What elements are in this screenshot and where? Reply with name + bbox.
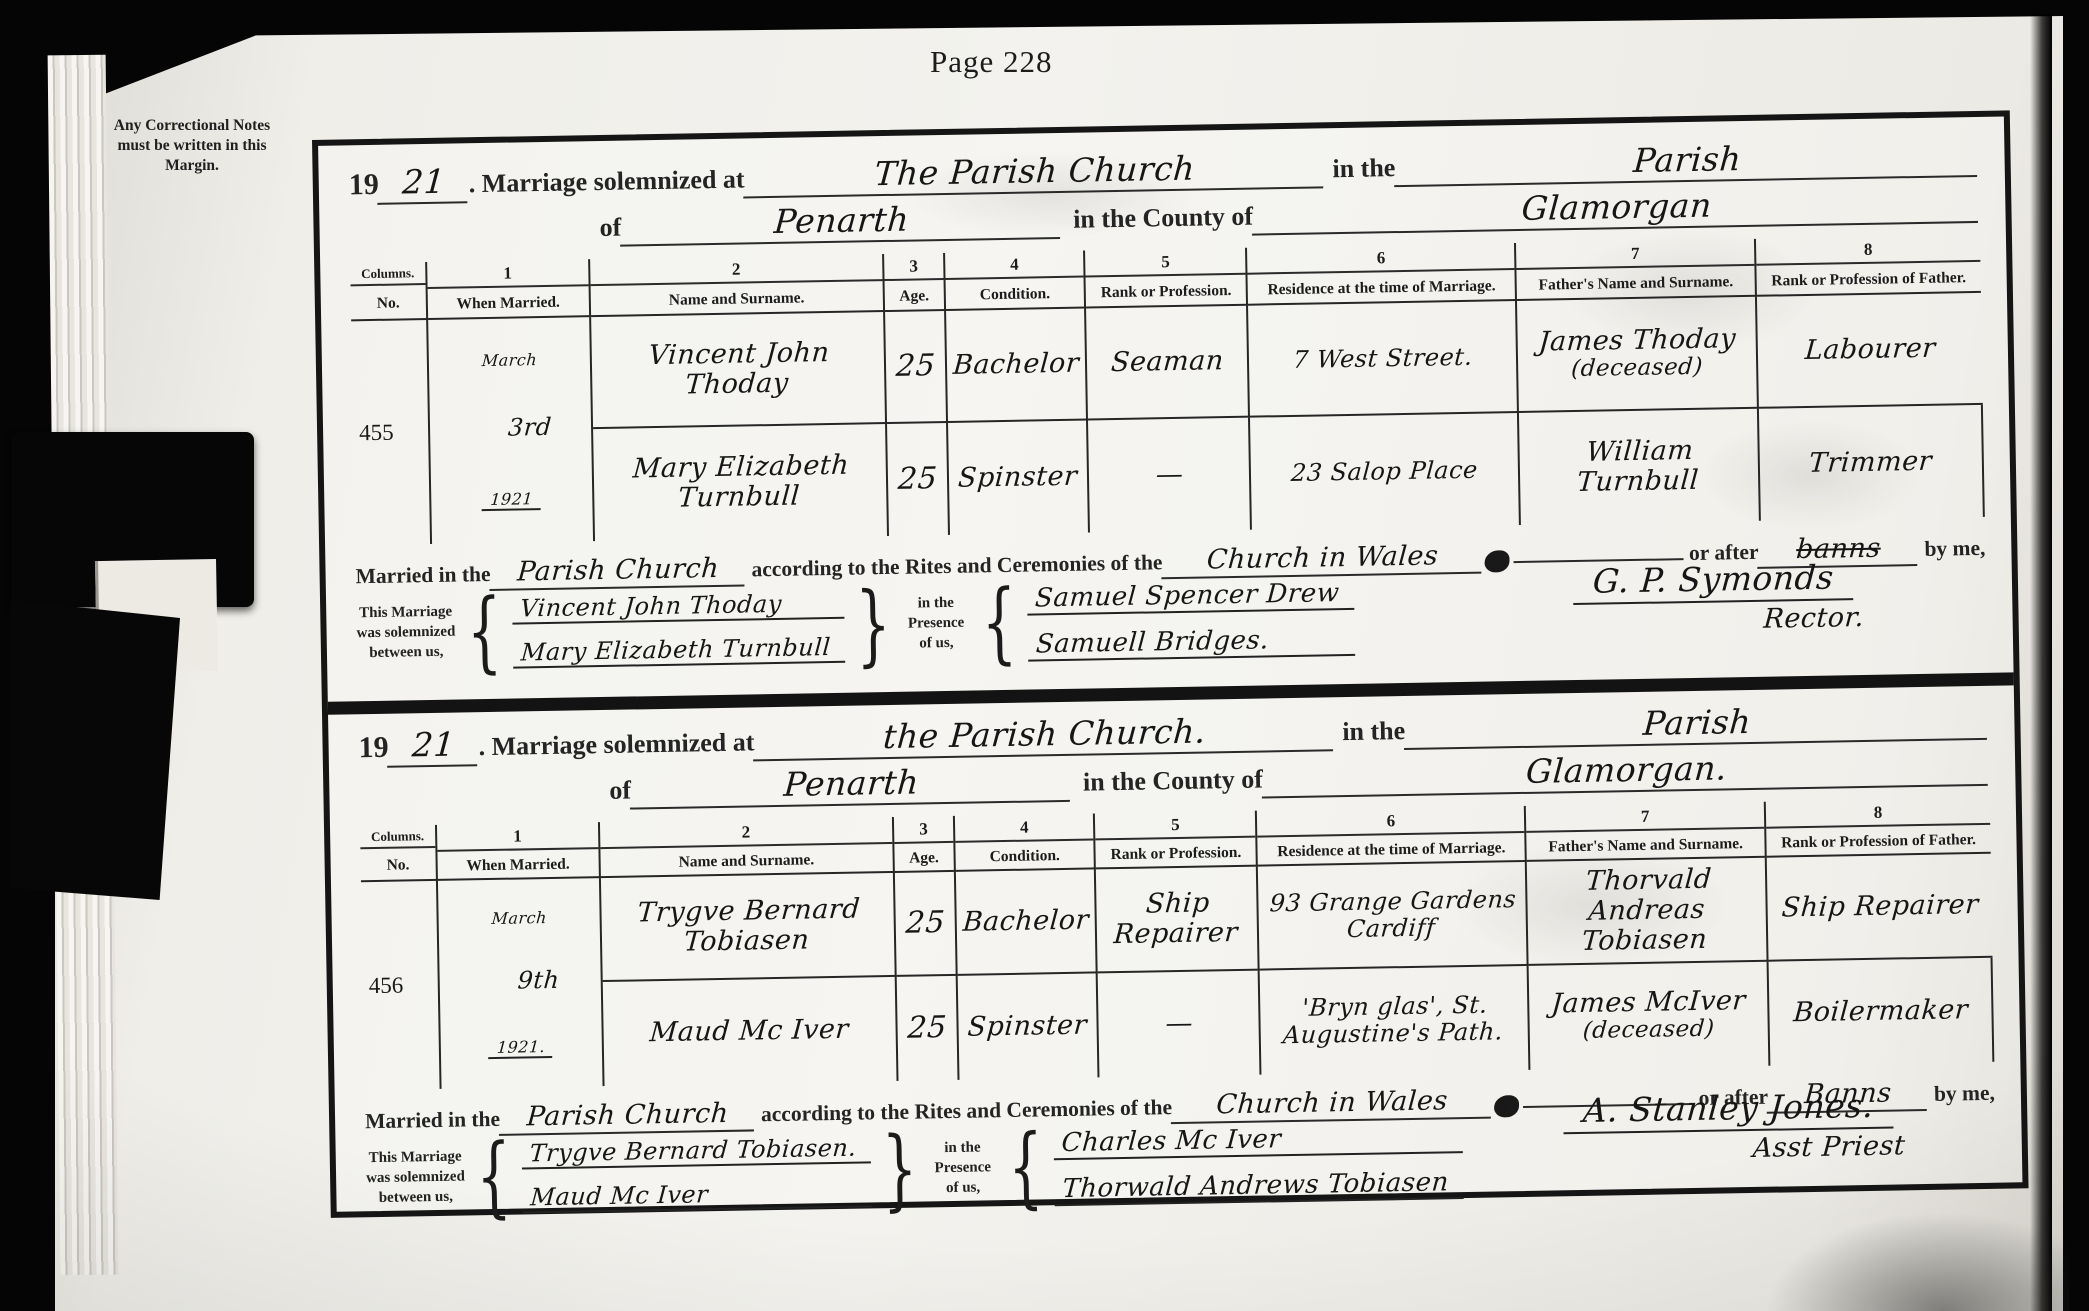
groom-signature: Vincent John Thoday: [512, 589, 844, 625]
column-header-father-name: 7 Father's Name and Surname.: [1516, 239, 1757, 301]
corner-shadow: [1649, 1171, 2069, 1311]
rites-field: Church in Wales: [1161, 540, 1483, 580]
bride-father-rank-cell: Trimmer: [1759, 405, 1985, 521]
in-the-label: in the: [1342, 716, 1405, 747]
marriage-month: March: [491, 908, 548, 928]
brace-close: }: [882, 1134, 918, 1205]
rites-field: Church in Wales: [1171, 1085, 1493, 1125]
column-header-father-rank: 8 Rank or Profession of Father.: [1756, 235, 1981, 297]
officiant-signature: G. P. Symonds: [1572, 557, 1854, 605]
margin-note: Any Correctional Notes must be written i…: [108, 116, 276, 176]
married-in-field: Parish Church: [489, 552, 746, 590]
bride-residence-cell: 23 Salop Place: [1250, 413, 1521, 530]
rites-label: according to the Rites and Ceremonies of…: [761, 1095, 1172, 1127]
page-fold-shadow: [2030, 14, 2052, 1311]
column-header-residence: 6 Residence at the time of Marriage.: [1257, 806, 1527, 867]
marriage-year: 1921.: [488, 1037, 554, 1059]
year-handwritten: 21: [387, 724, 480, 768]
brace-open: {: [1008, 1132, 1044, 1203]
witness-signature: Samuell Bridges.: [1028, 624, 1355, 662]
this-marriage-label: This Marriage was solemnized between us,: [366, 1148, 466, 1209]
bride-name-cell: Mary Elizabeth Turnbull: [593, 424, 889, 541]
witness-signature: Samuel Spencer Drew: [1027, 578, 1354, 616]
marriage-month: March: [481, 350, 538, 370]
church-field: the Parish Church.: [753, 709, 1336, 761]
groom-name-cell: Vincent John Thoday: [591, 312, 887, 429]
when-married-cell: March 3rd 1921: [428, 317, 595, 544]
bride-residence-cell: 'Bryn glas', St. Augustine's Path.: [1260, 966, 1531, 1075]
groom-father-cell: Thorvald Andreas Tobiasen: [1527, 858, 1769, 966]
parish-field: Parish: [1404, 698, 1990, 750]
column-header-name-surname: 2 Name and Surname.: [600, 817, 895, 878]
groom-condition-cell: Bachelor: [956, 869, 1098, 975]
groom-name-cell: Trygve Bernard Tobiasen: [601, 873, 896, 982]
county-of-label: in the County of: [1073, 202, 1253, 235]
officiant-signature: A. Stanley Jones.: [1562, 1086, 1893, 1135]
brace-open: {: [466, 597, 502, 668]
couple-signatures: Trygve Bernard Tobiasen. Maud Mc Iver: [522, 1133, 872, 1213]
year-handwritten: 21: [377, 161, 470, 205]
parish-field: Parish: [1394, 135, 1980, 187]
groom-age-cell: 25: [895, 872, 958, 977]
of-label: of: [609, 776, 631, 806]
bride-signature: Mary Elizabeth Turnbull: [513, 633, 845, 669]
witness-signatures: Samuel Spencer Drew Samuell Bridges.: [1027, 578, 1355, 662]
this-marriage-label: This Marriage was solemnized between us,: [356, 603, 456, 664]
groom-father-cell: James Thoday (deceased): [1517, 297, 1759, 413]
column-header-father-name: 7 Father's Name and Surname.: [1526, 802, 1767, 862]
officiant-title: Rector.: [1678, 601, 1948, 637]
column-header-rank: 5 Rank or Profession.: [1095, 811, 1258, 870]
bride-condition-cell: Spinster: [958, 973, 1100, 1079]
church-field: The Parish Church: [743, 146, 1326, 198]
column-header-no: Columns. No.: [350, 262, 428, 321]
marriage-day: 3rd: [507, 413, 553, 442]
officiant-block: A. Stanley Jones. Asst Priest: [1493, 1084, 1964, 1168]
bride-rank-cell: —: [1098, 971, 1262, 1078]
place-field: Penarth: [620, 197, 1063, 247]
when-married-cell: March 9th 1921.: [438, 878, 605, 1089]
column-header-no: Columns. No.: [360, 825, 438, 882]
page-number: Page 228: [930, 44, 1053, 80]
groom-age-cell: 25: [885, 311, 948, 424]
groom-rank-cell: Seaman: [1086, 306, 1250, 421]
brace-open: {: [476, 1141, 512, 1212]
column-header-name-surname: 2 Name and Surname.: [590, 254, 885, 317]
witness-signatures: Charles Mc Iver Thorwald Andrews Tobiase…: [1054, 1121, 1464, 1206]
bride-age-cell: 25: [896, 976, 959, 1081]
bride-age-cell: 25: [887, 423, 950, 536]
of-label: of: [599, 213, 621, 243]
year-prefix: 19: [349, 168, 380, 203]
rites-label: according to the Rites and Ceremonies of…: [751, 550, 1162, 582]
bride-father-cell: William Turnbull: [1519, 409, 1761, 525]
column-header-rank: 5 Rank or Profession.: [1085, 248, 1248, 309]
witness-signature: Charles Mc Iver: [1054, 1121, 1463, 1160]
column-header-when-married: 1 When Married.: [437, 822, 601, 881]
bride-name-cell: Maud Mc Iver: [603, 977, 898, 1086]
column-header-age: 3 Age.: [894, 816, 956, 873]
marriage-register-form: 19 21 . Marriage solemnized at The Paris…: [312, 110, 2029, 1217]
presence-label: in the Presence of us,: [907, 594, 964, 654]
column-header-age: 3 Age.: [884, 253, 946, 312]
bride-father-cell: James McIver (deceased): [1529, 962, 1771, 1070]
groom-father-rank-cell: Labourer: [1757, 293, 1983, 409]
scanned-register-photo: Any Correctional Notes must be written i…: [0, 0, 2089, 1311]
marriage-year: 1921: [482, 489, 542, 511]
record-455: 19 21 . Marriage solemnized at The Paris…: [318, 116, 2013, 701]
married-in-field: Parish Church: [499, 1097, 756, 1135]
groom-rank-cell: Ship Repairer: [1096, 867, 1260, 974]
brace-open: {: [981, 588, 1017, 659]
bride-signature: Maud Mc Iver: [522, 1177, 871, 1213]
groom-father-rank-cell: Ship Repairer: [1767, 854, 1993, 962]
solemnized-label: . Marriage solemnized at: [478, 727, 754, 762]
brace-close: }: [855, 590, 891, 661]
year-prefix: 19: [358, 731, 389, 766]
couple-signatures: Vincent John Thoday Mary Elizabeth Turnb…: [512, 589, 845, 669]
groom-residence-cell: 7 West Street.: [1248, 301, 1519, 418]
officiant-block: G. P. Symonds Rector.: [1478, 556, 1949, 640]
marriage-table-455: Columns. No. 1 When Married. 2 Name and …: [350, 235, 1985, 545]
groom-condition-cell: Bachelor: [946, 309, 1088, 423]
solemnized-label: . Marriage solemnized at: [469, 164, 745, 199]
marriage-day: 9th: [517, 966, 561, 995]
county-of-label: in the County of: [1083, 765, 1263, 798]
column-header-condition: 4 Condition.: [945, 251, 1086, 311]
column-header-when-married: 1 When Married.: [427, 259, 591, 320]
marriage-table-456: Columns. No. 1 When Married. 2 Name and …: [360, 798, 1994, 1090]
bride-condition-cell: Spinster: [948, 420, 1090, 534]
record-number: 455: [351, 320, 432, 545]
column-header-residence: 6 Residence at the time of Marriage.: [1247, 243, 1517, 306]
officiant-title: Asst Priest: [1694, 1129, 1964, 1165]
bride-father-rank-cell: Boilermaker: [1769, 958, 1995, 1066]
groom-signature: Trygve Bernard Tobiasen.: [522, 1133, 871, 1169]
place-field: Penarth: [630, 760, 1073, 810]
column-header-father-rank: 8 Rank or Profession of Father.: [1766, 798, 1991, 858]
column-header-condition: 4 Condition.: [955, 813, 1096, 871]
groom-residence-cell: 93 Grange Gardens Cardiff: [1258, 862, 1529, 971]
bride-rank-cell: —: [1088, 418, 1252, 533]
presence-label: in the Presence of us,: [934, 1139, 991, 1199]
binder-clip-bottom: [10, 600, 180, 900]
record-456: 19 21 . Marriage solemnized at the Paris…: [328, 685, 2022, 1211]
in-the-label: in the: [1332, 153, 1395, 184]
record-number: 456: [361, 881, 441, 1090]
